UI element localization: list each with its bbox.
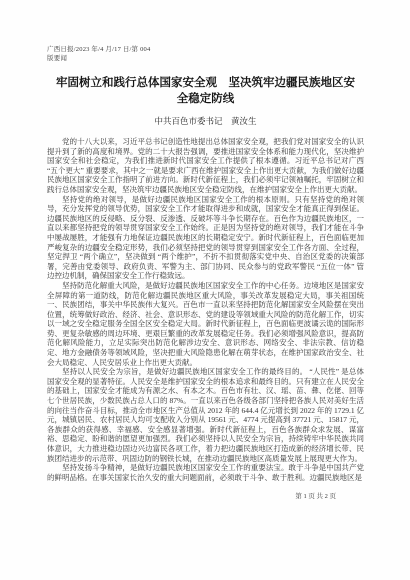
article-byline: 中共百色市委书记 黄汝生 (47, 116, 364, 127)
paragraph-4: 坚持以人民安全为宗旨，是做好边疆民族地区国家安全工作的最终目的。 “人民性” 是… (47, 367, 364, 463)
paragraph-2: 坚持党的绝对领导，是做好边疆民族地区国家安全工作的根本原则。只有坚持党的绝对领导… (47, 195, 364, 281)
paragraph-1: 党的十八大以来，习近平总书记创造性地提出总体国家安全观，把我们党对国家安全的认识… (47, 137, 364, 195)
page-number: 第 1 页 共 2 页 (47, 492, 364, 501)
paragraph-5: 坚持发扬斗争精神，是做好边疆民族地区国家安全工作的重要法宝。敢于斗争是中国共产党… (47, 463, 364, 482)
paragraph-3: 坚持防范化解重大风险，是做好边疆民族地区国家安全工作的中心任务。边境地区是国家安… (47, 281, 364, 367)
section-line: 版要闻 (47, 54, 364, 63)
article-title: 牢固树立和践行总体国家安全观 坚决筑牢边疆民族地区安全稳定防线 (51, 76, 360, 107)
source-header: 广西日报/2023 年/4 月/17 日/第 004 版要闻 (47, 45, 364, 63)
article-body: 党的十八大以来，习近平总书记创造性地提出总体国家安全观，把我们党对国家安全的认识… (47, 137, 364, 482)
document-page: 广西日报/2023 年/4 月/17 日/第 004 版要闻 牢固树立和践行总体… (0, 0, 410, 580)
source-line: 广西日报/2023 年/4 月/17 日/第 004 (47, 45, 364, 54)
